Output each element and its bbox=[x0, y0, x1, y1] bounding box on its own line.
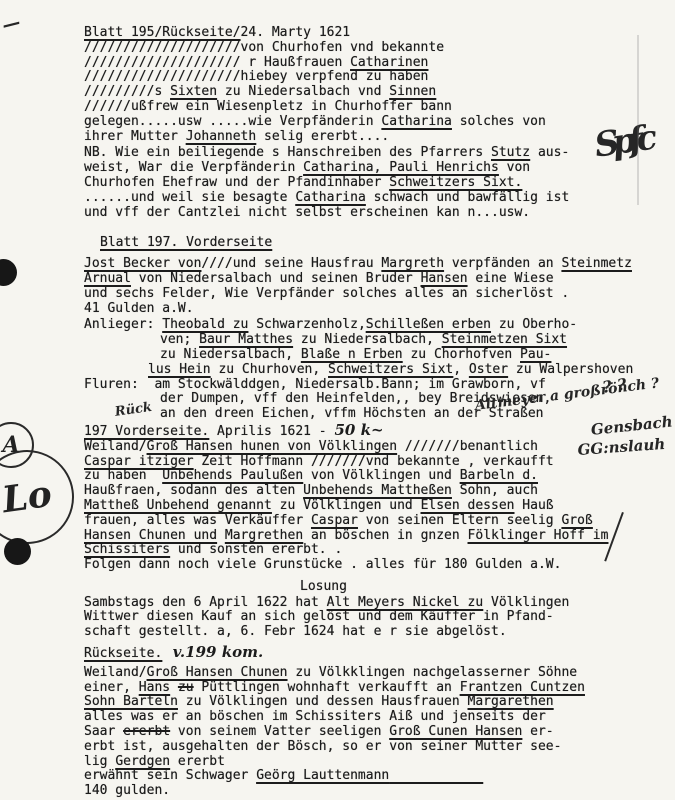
text-line: Sambstags den 6 April 1622 hat Alt Meyer… bbox=[84, 596, 675, 611]
text-segment: Anlieger: bbox=[84, 317, 162, 332]
text-line: einer, Hans zu Püttlingen wohnhaft verka… bbox=[84, 681, 675, 696]
text-segment: Blaße n Erben bbox=[301, 347, 403, 362]
text-segment: zu bbox=[178, 680, 194, 695]
text-segment: Schweitzers Sixt bbox=[328, 362, 453, 377]
text-segment: Caspar itziger bbox=[84, 454, 194, 469]
text-segment: zu haben bbox=[84, 468, 162, 483]
text-segment: Groß Cunen Hansen bbox=[389, 724, 522, 739]
text-segment: einer, bbox=[84, 680, 139, 695]
text-line: Blatt 197. Vorderseite bbox=[84, 236, 675, 251]
text-segment: solches von bbox=[452, 114, 546, 129]
text-segment: Margarethen bbox=[468, 694, 554, 709]
text-segment: Frantzen Cuntzen bbox=[460, 680, 585, 695]
text-line: Jost Becker von////und seine Hausfrau Ma… bbox=[84, 257, 675, 272]
text-segment: Arnual bbox=[84, 271, 131, 286]
text-segment: v.199 kom. bbox=[162, 643, 263, 661]
text-segment: von seinen Eltern seelig bbox=[358, 513, 562, 528]
text-line: ven; Baur Matthes zu Niedersalbach, Stei… bbox=[84, 333, 675, 348]
text-line: erbt ist, ausgehalten der Bösch, so er v… bbox=[84, 740, 675, 755]
text-segment: Gerdgen bbox=[115, 754, 170, 769]
text-line: Sohn Barteln zu Völklingen und dessen Ha… bbox=[84, 695, 675, 710]
text-segment: Hansen Chunen und bbox=[84, 528, 217, 543]
text-line: lus Hein zu Churhoven, Schweitzers Sixt,… bbox=[84, 363, 675, 378]
text-line: Wittwer diesen Kauf an sich gelöst und d… bbox=[84, 610, 675, 625]
text-segment: zu Walpershoven bbox=[508, 362, 633, 377]
text-segment: Völklingen bbox=[483, 595, 569, 610]
text-segment: Steinmetzen Sixt bbox=[442, 332, 567, 347]
text-segment: Barbeln d. bbox=[460, 468, 538, 483]
text-segment: Schissiters bbox=[84, 542, 170, 557]
text-segment: Oster bbox=[469, 362, 508, 377]
text-segment: Geörg Lauttenmann bbox=[256, 768, 389, 783]
text-segment bbox=[389, 768, 483, 783]
text-segment: Hansen bbox=[421, 271, 468, 286]
text-segment: Schwarzenholz, bbox=[248, 317, 365, 332]
text-segment: weist, War die Verpfänderin bbox=[84, 160, 303, 175]
text-segment: schwach und bawfällig ist bbox=[366, 190, 570, 205]
text-line: ihrer Mutter Johanneth selig ererbt.... bbox=[84, 130, 675, 145]
text-segment: lus Hein bbox=[148, 362, 211, 377]
text-segment: an böschen in gnzen bbox=[303, 528, 467, 543]
text-segment: von bbox=[499, 160, 530, 175]
text-line: lig Gerdgen ererbt bbox=[84, 755, 675, 770]
text-segment: Catharinen bbox=[350, 55, 428, 70]
text-segment: /////////s bbox=[84, 84, 170, 99]
text-segment: Püttlingen wohnhaft verkaufft an bbox=[194, 680, 460, 695]
text-line: //////////////////// r Haußfrauen Cathar… bbox=[84, 56, 675, 71]
document-lines: Blatt 195/Rückseite/24. Marty 1621//////… bbox=[84, 26, 675, 799]
text-segment: Caspar bbox=[311, 513, 358, 528]
text-segment: verpfänden an bbox=[444, 256, 561, 271]
text-segment: erwähnt sein Schwager bbox=[84, 768, 256, 783]
scanned-document-page: Blatt 195/Rückseite/24. Marty 1621//////… bbox=[0, 0, 675, 800]
text-line: an den dreen Eichen, vffm Höchsten an de… bbox=[84, 407, 675, 422]
text-segment: Sohn Barteln bbox=[84, 694, 178, 709]
text-segment: Groß bbox=[561, 513, 592, 528]
text-line: frauen, alles was Verkäuffer Caspar von … bbox=[84, 514, 675, 529]
text-segment: und sonsten ererbt. . bbox=[170, 542, 342, 557]
text-segment: Hauß bbox=[514, 498, 553, 513]
text-line: ......und weil sie besagte Catharina sch… bbox=[84, 191, 675, 206]
text-segment: Fluren: am Stockwälddgen, Niedersalb.Ban… bbox=[84, 377, 546, 392]
text-line: 41 Gulden a.W. bbox=[84, 302, 675, 317]
text-line: Losung bbox=[84, 580, 675, 595]
text-segment: Losung bbox=[300, 579, 347, 594]
text-segment: ////////////////////von Churhofen vnd be… bbox=[84, 40, 444, 55]
text-line: erwähnt sein Schwager Geörg Lauttenmann bbox=[84, 769, 675, 784]
text-segment: Steinmetz bbox=[561, 256, 631, 271]
text-segment: frauen, alles was Verkäuffer bbox=[84, 513, 311, 528]
text-segment: Pau- bbox=[520, 347, 551, 362]
text-line: zu haben Unbehends Paulußen von Völkling… bbox=[84, 469, 675, 484]
text-line: zu Niedersalbach, Blaße n Erben zu Chorh… bbox=[84, 348, 675, 363]
text-segment: Weiland/ bbox=[84, 439, 147, 454]
text-line: 197 Vorderseite. Aprilis 1621 - 50 k~ bbox=[84, 423, 675, 440]
text-segment: ////und seine Hausfrau bbox=[201, 256, 381, 271]
text-segment: Weiland/ bbox=[84, 665, 147, 680]
text-segment: Johanneth bbox=[186, 129, 256, 144]
text-segment: Unbehends Mattheßen bbox=[303, 483, 452, 498]
text-segment: Schilleßen erben bbox=[366, 317, 491, 332]
hole-punch bbox=[4, 538, 31, 565]
text-segment: lig bbox=[84, 754, 115, 769]
scan-artifact-line bbox=[637, 35, 639, 205]
text-line: ////////////////////von Churhofen vnd be… bbox=[84, 41, 675, 56]
text-segment: gelegen.....usw .....wie Verpfänderin bbox=[84, 114, 381, 129]
text-line: Mattheß Unbehend genannt zu Völklingen u… bbox=[84, 499, 675, 514]
text-line: NB. Wie ein beiliegende s Hanschreiben d… bbox=[84, 146, 675, 161]
text-line: 140 gulden. bbox=[84, 784, 675, 799]
text-segment: Unbehends Paulußen bbox=[162, 468, 303, 483]
text-segment: Sixten bbox=[170, 84, 217, 99]
text-segment: aus- bbox=[530, 145, 569, 160]
text-line: Rückseite. v.199 kom. bbox=[84, 645, 675, 662]
text-line: und vff der Cantzlei nicht selbst ersche… bbox=[84, 206, 675, 221]
text-segment: 41 Gulden a.W. bbox=[84, 301, 194, 316]
text-segment: , bbox=[453, 362, 469, 377]
text-line: Weiland/Groß Hansen Chunen zu Völkklinge… bbox=[84, 666, 675, 681]
text-segment: Sohn, auch bbox=[452, 483, 538, 498]
text-segment: und vff der Cantzlei nicht selbst ersche… bbox=[84, 205, 530, 220]
lo-circle-note: Lo bbox=[0, 444, 80, 550]
text-segment: zu Völkklingen nachgelasserner Söhne bbox=[288, 665, 578, 680]
text-segment: zu Oberho- bbox=[491, 317, 577, 332]
text-segment: Blatt 197. Vorderseite bbox=[100, 235, 272, 250]
text-segment: Churhofen Ehefraw und der Pfandinhaber bbox=[84, 175, 389, 190]
text-segment: Sambstags den 6 April 1622 hat bbox=[84, 595, 327, 610]
text-segment: Wittwer diesen Kauf an sich gelöst und d… bbox=[84, 609, 554, 624]
text-segment: Hans bbox=[139, 680, 170, 695]
text-segment: ven; bbox=[160, 332, 199, 347]
text-segment: zu Niedersalbach, bbox=[160, 347, 301, 362]
text-segment: Baur Matthes bbox=[199, 332, 293, 347]
text-segment: erbt ist, ausgehalten der Bösch, so er v… bbox=[84, 739, 561, 754]
text-line: weist, War die Verpfänderin Catharina, P… bbox=[84, 161, 675, 176]
text-line: Folgen dann noch viele Grunstücke . alle… bbox=[84, 558, 675, 573]
text-segment: zu Völklingen und bbox=[272, 498, 421, 513]
text-segment: ////////////////////hiebey verpfend zu h… bbox=[84, 69, 428, 84]
text-segment: alles was er an böschen im Schissiters A… bbox=[84, 709, 546, 724]
text-segment: //////ußfrew ein Wiesenpletz in Churhoff… bbox=[84, 99, 452, 114]
text-segment: Aprilis 1621 - bbox=[209, 424, 334, 439]
text-segment: Stutz bbox=[491, 145, 530, 160]
text-segment: Theobald zu bbox=[162, 317, 248, 332]
text-segment: Mattheß Unbehend genannt bbox=[84, 498, 272, 513]
text-segment: Haußfraen, sodann des alten bbox=[84, 483, 303, 498]
text-line: Churhofen Ehefraw und der Pfandinhaber S… bbox=[84, 176, 675, 191]
text-segment: eine Wiese bbox=[468, 271, 554, 286]
text-segment: von Völklingen und bbox=[303, 468, 460, 483]
pastor-monogram: Spfc bbox=[592, 118, 653, 165]
text-segment: zu Niedersalbach, bbox=[293, 332, 442, 347]
text-line: gelegen.....usw .....wie Verpfänderin Ca… bbox=[84, 115, 675, 130]
text-segment: //////////////////// r Haußfrauen bbox=[84, 55, 350, 70]
text-segment: ///////benantlich bbox=[397, 439, 538, 454]
text-segment: ihrer Mutter bbox=[84, 129, 186, 144]
text-segment: ......und weil sie besagte bbox=[84, 190, 295, 205]
text-segment bbox=[217, 528, 225, 543]
text-segment: selig ererbt.... bbox=[256, 129, 389, 144]
hole-punch bbox=[0, 259, 17, 286]
text-line: Arnual von Niedersalbach und seinen Brud… bbox=[84, 272, 675, 287]
text-segment: Saar bbox=[84, 724, 123, 739]
text-segment: zu Völklingen und dessen Hausfrauen bbox=[178, 694, 468, 709]
text-segment: ererbt bbox=[123, 724, 170, 739]
text-segment: NB. Wie ein beiliegende s Hanschreiben d… bbox=[84, 145, 491, 160]
text-segment: Margrethen bbox=[225, 528, 303, 543]
text-segment: Alt Meyers Nickel zu bbox=[327, 595, 484, 610]
text-segment: Catharina bbox=[295, 190, 365, 205]
text-segment: Catharina bbox=[381, 114, 451, 129]
text-line: //////ußfrew ein Wiesenpletz in Churhoff… bbox=[84, 100, 675, 115]
text-segment: Schweitzers Sixt. bbox=[389, 175, 522, 190]
text-segment bbox=[170, 680, 178, 695]
pen-dash-mark: — bbox=[0, 12, 23, 37]
text-line: Haußfraen, sodann des alten Unbehends Ma… bbox=[84, 484, 675, 499]
text-segment: Blatt 195/Rückseite/ bbox=[84, 25, 241, 40]
text-segment: Groß Hansen Chunen bbox=[147, 665, 288, 680]
text-segment: 197 Vorderseite. bbox=[84, 424, 209, 439]
text-segment: zu Churhoven, bbox=[211, 362, 328, 377]
text-segment: er- bbox=[522, 724, 553, 739]
text-segment: Fölklinger Hoff im bbox=[468, 528, 609, 543]
text-segment: zu Chorhofven bbox=[403, 347, 520, 362]
text-line: ////////////////////hiebey verpfend zu h… bbox=[84, 70, 675, 85]
text-segment: Rückseite. bbox=[84, 646, 162, 661]
text-segment: ererbt bbox=[170, 754, 225, 769]
text-segment: Catharina, Pauli Henrichs bbox=[303, 160, 499, 175]
text-segment: Zeit Hoffmann ///////vnd bekannte , verk… bbox=[194, 454, 554, 469]
text-segment: Groß Hansen hunen von Völklingen bbox=[147, 439, 397, 454]
text-line: und sechs Felder, Wie Verpfänder solches… bbox=[84, 287, 675, 302]
text-line: Blatt 195/Rückseite/24. Marty 1621 bbox=[84, 26, 675, 41]
text-line: /////////s Sixten zu Niedersalbach vnd S… bbox=[84, 85, 675, 100]
text-line: Hansen Chunen und Margrethen an böschen … bbox=[84, 529, 675, 544]
text-segment: schaft gestellt. a, 6. Febr 1624 hat e r… bbox=[84, 624, 507, 639]
text-segment: 50 k~ bbox=[334, 421, 383, 439]
text-segment: Margreth bbox=[381, 256, 444, 271]
text-segment: von seinem Vatter seeligen bbox=[170, 724, 389, 739]
text-segment: und sechs Felder, Wie Verpfänder solches… bbox=[84, 286, 569, 301]
text-line: Saar ererbt von seinem Vatter seeligen G… bbox=[84, 725, 675, 740]
text-segment: 140 gulden. bbox=[84, 783, 170, 798]
text-segment: Sinnen bbox=[389, 84, 436, 99]
text-segment: 24. Marty 1621 bbox=[241, 25, 351, 40]
text-line: Anlieger: Theobald zu Schwarzenholz,Schi… bbox=[84, 318, 675, 333]
text-line: schaft gestellt. a, 6. Febr 1624 hat e r… bbox=[84, 625, 675, 640]
text-line: alles was er an böschen im Schissiters A… bbox=[84, 710, 675, 725]
text-segment: Folgen dann noch viele Grunstücke . alle… bbox=[84, 557, 561, 572]
text-segment: zu Niedersalbach vnd bbox=[217, 84, 389, 99]
text-segment: Elsen dessen bbox=[421, 498, 515, 513]
text-line: Schissiters und sonsten ererbt. . bbox=[84, 543, 675, 558]
text-segment: von Niedersalbach und seinen Bruder bbox=[131, 271, 421, 286]
text-segment: Jost Becker von bbox=[84, 256, 201, 271]
